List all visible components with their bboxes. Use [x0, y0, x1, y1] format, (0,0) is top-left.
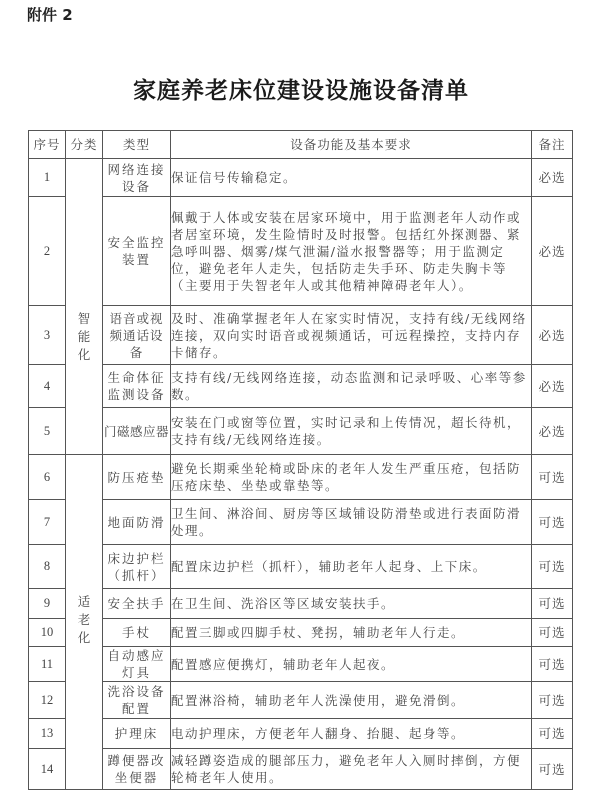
table-row: 14 蹲便器改坐便器 减轻蹲姿造成的腿部压力，避免老年人入厕时摔倒，方便轮椅老年… [29, 749, 573, 790]
row-no: 8 [29, 545, 66, 589]
row-desc: 在卫生间、洗浴区等区域安装扶手。 [171, 589, 532, 619]
row-type: 地面防滑 [103, 500, 171, 545]
category-label: 适老化 [77, 593, 91, 647]
table-row: 11 自动感应灯具 配置感应便携灯，辅助老年人起夜。 可选 [29, 647, 573, 682]
row-note: 可选 [532, 500, 573, 545]
row-no: 11 [29, 647, 66, 682]
header-function: 设备功能及基本要求 [171, 131, 532, 159]
row-desc: 安装在门或窗等位置，实时记录和上传情况，超长待机，支持有线/无线网络连接。 [171, 408, 532, 455]
header-category: 分类 [66, 131, 103, 159]
row-desc: 配置感应便携灯，辅助老年人起夜。 [171, 647, 532, 682]
row-type: 安全监控装置 [103, 197, 171, 306]
row-type: 手杖 [103, 619, 171, 647]
row-no: 6 [29, 455, 66, 500]
row-type: 网络连接设备 [103, 159, 171, 197]
row-note: 可选 [532, 647, 573, 682]
row-type: 蹲便器改坐便器 [103, 749, 171, 790]
row-no: 1 [29, 159, 66, 197]
category-aging-friendly: 适老化 [66, 455, 103, 790]
row-desc: 卫生间、淋浴间、厨房等区域铺设防滑垫或进行表面防滑处理。 [171, 500, 532, 545]
table-row: 10 手杖 配置三脚或四脚手杖、凳拐，辅助老年人行走。 可选 [29, 619, 573, 647]
row-desc: 配置床边护栏（抓杆），辅助老年人起身、上下床。 [171, 545, 532, 589]
row-type: 生命体征监测设备 [103, 365, 171, 408]
document-title: 家庭养老床位建设设施设备清单 [0, 72, 602, 105]
table-row: 1 智能化 网络连接设备 保证信号传输稳定。 必选 [29, 159, 573, 197]
header-type: 类型 [103, 131, 171, 159]
row-no: 2 [29, 197, 66, 306]
row-type: 洗浴设备配置 [103, 682, 171, 719]
table-row: 7 地面防滑 卫生间、淋浴间、厨房等区域铺设防滑垫或进行表面防滑处理。 可选 [29, 500, 573, 545]
table-header-row: 序号 分类 类型 设备功能及基本要求 备注 [29, 131, 573, 159]
row-desc: 及时、准确掌握老年人在家实时情况，支持有线/无线网络连接，双向实时语音或视频通话… [171, 306, 532, 365]
row-type: 床边护栏（抓杆） [103, 545, 171, 589]
row-desc: 配置淋浴椅，辅助老年人洗澡使用，避免滑倒。 [171, 682, 532, 719]
category-smart: 智能化 [66, 159, 103, 455]
header-no: 序号 [29, 131, 66, 159]
row-note: 可选 [532, 455, 573, 500]
table-row: 5 门磁感应器 安装在门或窗等位置，实时记录和上传情况，超长待机，支持有线/无线… [29, 408, 573, 455]
row-note: 可选 [532, 619, 573, 647]
row-type: 语音或视频通话设备 [103, 306, 171, 365]
row-note: 可选 [532, 682, 573, 719]
row-type: 护理床 [103, 719, 171, 749]
row-note: 可选 [532, 719, 573, 749]
row-note: 可选 [532, 589, 573, 619]
row-desc: 佩戴于人体或安装在居家环境中，用于监测老年人动作或者居室环境，发生险情时及时报警… [171, 197, 532, 306]
row-no: 4 [29, 365, 66, 408]
row-type: 自动感应灯具 [103, 647, 171, 682]
equipment-table: 序号 分类 类型 设备功能及基本要求 备注 1 智能化 网络连接设备 保证信号传… [28, 130, 573, 790]
row-note: 可选 [532, 545, 573, 589]
category-label: 智能化 [77, 310, 91, 364]
row-desc: 电动护理床，方便老年人翻身、抬腿、起身等。 [171, 719, 532, 749]
table-row: 2 安全监控装置 佩戴于人体或安装在居家环境中，用于监测老年人动作或者居室环境，… [29, 197, 573, 306]
row-no: 14 [29, 749, 66, 790]
table-row: 4 生命体征监测设备 支持有线/无线网络连接，动态监测和记录呼吸、心率等参数。 … [29, 365, 573, 408]
row-desc: 支持有线/无线网络连接，动态监测和记录呼吸、心率等参数。 [171, 365, 532, 408]
row-type: 门磁感应器 [103, 408, 171, 455]
table-row: 8 床边护栏（抓杆） 配置床边护栏（抓杆），辅助老年人起身、上下床。 可选 [29, 545, 573, 589]
row-note: 必选 [532, 159, 573, 197]
table-row: 6 适老化 防压疮垫 避免长期乘坐轮椅或卧床的老年人发生严重压疮，包括防压疮床垫… [29, 455, 573, 500]
row-note: 必选 [532, 197, 573, 306]
row-no: 5 [29, 408, 66, 455]
row-note: 必选 [532, 365, 573, 408]
row-note: 必选 [532, 306, 573, 365]
table-row: 13 护理床 电动护理床，方便老年人翻身、抬腿、起身等。 可选 [29, 719, 573, 749]
row-note: 必选 [532, 408, 573, 455]
row-desc: 避免长期乘坐轮椅或卧床的老年人发生严重压疮，包括防压疮床垫、坐垫或靠垫等。 [171, 455, 532, 500]
row-no: 13 [29, 719, 66, 749]
row-no: 10 [29, 619, 66, 647]
table-row: 12 洗浴设备配置 配置淋浴椅，辅助老年人洗澡使用，避免滑倒。 可选 [29, 682, 573, 719]
row-desc: 减轻蹲姿造成的腿部压力，避免老年人入厕时摔倒，方便轮椅老年人使用。 [171, 749, 532, 790]
row-type: 防压疮垫 [103, 455, 171, 500]
row-no: 3 [29, 306, 66, 365]
header-note: 备注 [532, 131, 573, 159]
row-no: 9 [29, 589, 66, 619]
row-type: 安全扶手 [103, 589, 171, 619]
attachment-label: 附件 2 [27, 4, 73, 25]
row-no: 12 [29, 682, 66, 719]
row-note: 可选 [532, 749, 573, 790]
row-desc: 配置三脚或四脚手杖、凳拐，辅助老年人行走。 [171, 619, 532, 647]
row-no: 7 [29, 500, 66, 545]
row-desc: 保证信号传输稳定。 [171, 159, 532, 197]
table-row: 9 安全扶手 在卫生间、洗浴区等区域安装扶手。 可选 [29, 589, 573, 619]
table-row: 3 语音或视频通话设备 及时、准确掌握老年人在家实时情况，支持有线/无线网络连接… [29, 306, 573, 365]
